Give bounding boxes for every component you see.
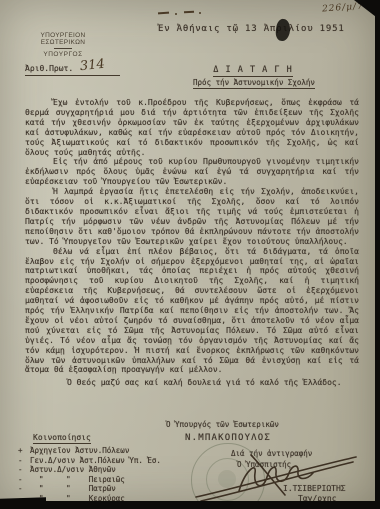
distribution-title: Κοινοποίησις bbox=[33, 433, 91, 442]
dateline: Ἐν Ἀθήναις τῷ 13 Ἀπριλίου 1951 bbox=[158, 24, 345, 34]
paragraph: Ἡ λαμπρά ἐργασία ἥτις ἐπετελέσθη εἰς τήν… bbox=[25, 187, 359, 246]
adjutant-name: Ι.ΤΣΙΒΕΡΙΩΤΗΣ bbox=[283, 484, 346, 493]
document-title: Δ Ι Α Τ Α Γ Η bbox=[188, 65, 318, 75]
paragraph: Ἔχω ἐντολήν τοῦ κ.Προέδρου τῆς Κυβερνήσε… bbox=[25, 98, 359, 157]
scan-edge-right bbox=[375, 0, 380, 509]
handwritten-signature bbox=[193, 447, 363, 505]
letter-body: Ἔχω ἐντολήν τοῦ κ.Προέδρου τῆς Κυβερνήσε… bbox=[25, 98, 359, 388]
paragraph: Θέλω νά εἶμαι ἐπί πλέον βέβαιος, ὅτι τά … bbox=[25, 247, 359, 376]
letterhead-rule bbox=[54, 48, 72, 49]
protocol-label: Ἀριθ.Πρωτ. bbox=[25, 64, 73, 73]
scanned-document-page: 226/μ/7 Ἐν Ἀθήναις τῷ 13 Ἀπριλίου 1951 Υ… bbox=[0, 0, 380, 509]
distribution-item: -Γεν.Δ/νσιν Ἀστ.Πόλεων Ὑπ. Ἐσ. bbox=[18, 456, 161, 466]
letterhead: ΥΠΟΥΡΓΕΙΟΝ ΕΣΩΤΕΡΙΚΩΝ ΥΠΟΥΡΓΟΣ bbox=[20, 32, 106, 58]
scan-edge-top-right bbox=[354, 0, 380, 20]
distribution-item: -Ἀστυν.Δ/νσιν Ἀθηνῶν bbox=[18, 465, 161, 475]
pen-marks bbox=[158, 9, 218, 17]
addressee-line: Πρός τήν Ἀστυνομικήν Σχολήν bbox=[184, 78, 324, 87]
signer-title: Ὁ Ὑπουργός τῶν Ἐσωτερικῶν bbox=[166, 420, 279, 429]
ink-smudge bbox=[275, 18, 292, 42]
ministry-name: ΥΠΟΥΡΓΕΙΟΝ ΕΣΩΤΕΡΙΚΩΝ bbox=[20, 32, 106, 46]
paragraph: Εἰς τήν ἀπό μέρους τοῦ κυρίου Πρωθυπουργ… bbox=[25, 157, 359, 187]
distribution-item: +Ἀρχηγεῖον Ἀστυν.Πόλεων bbox=[18, 446, 161, 456]
protocol-underline bbox=[25, 75, 120, 76]
distribution-item: - " " Πατρῶν bbox=[18, 484, 161, 494]
protocol-number: 314 bbox=[79, 57, 105, 75]
distribution-list: +Ἀρχηγεῖον Ἀστυν.Πόλεων -Γεν.Δ/νσιν Ἀστ.… bbox=[18, 446, 161, 503]
valediction: Ὁ Θεός μαζύ σας καί καλή δουλειά γιά τό … bbox=[25, 378, 359, 388]
scan-edge-bottom bbox=[0, 501, 380, 509]
signer-name: Ν.ΜΠΑΚΟΠΟΥΛΟΣ bbox=[185, 433, 271, 443]
distribution-item: - " " Πειραιῶς bbox=[18, 475, 161, 485]
